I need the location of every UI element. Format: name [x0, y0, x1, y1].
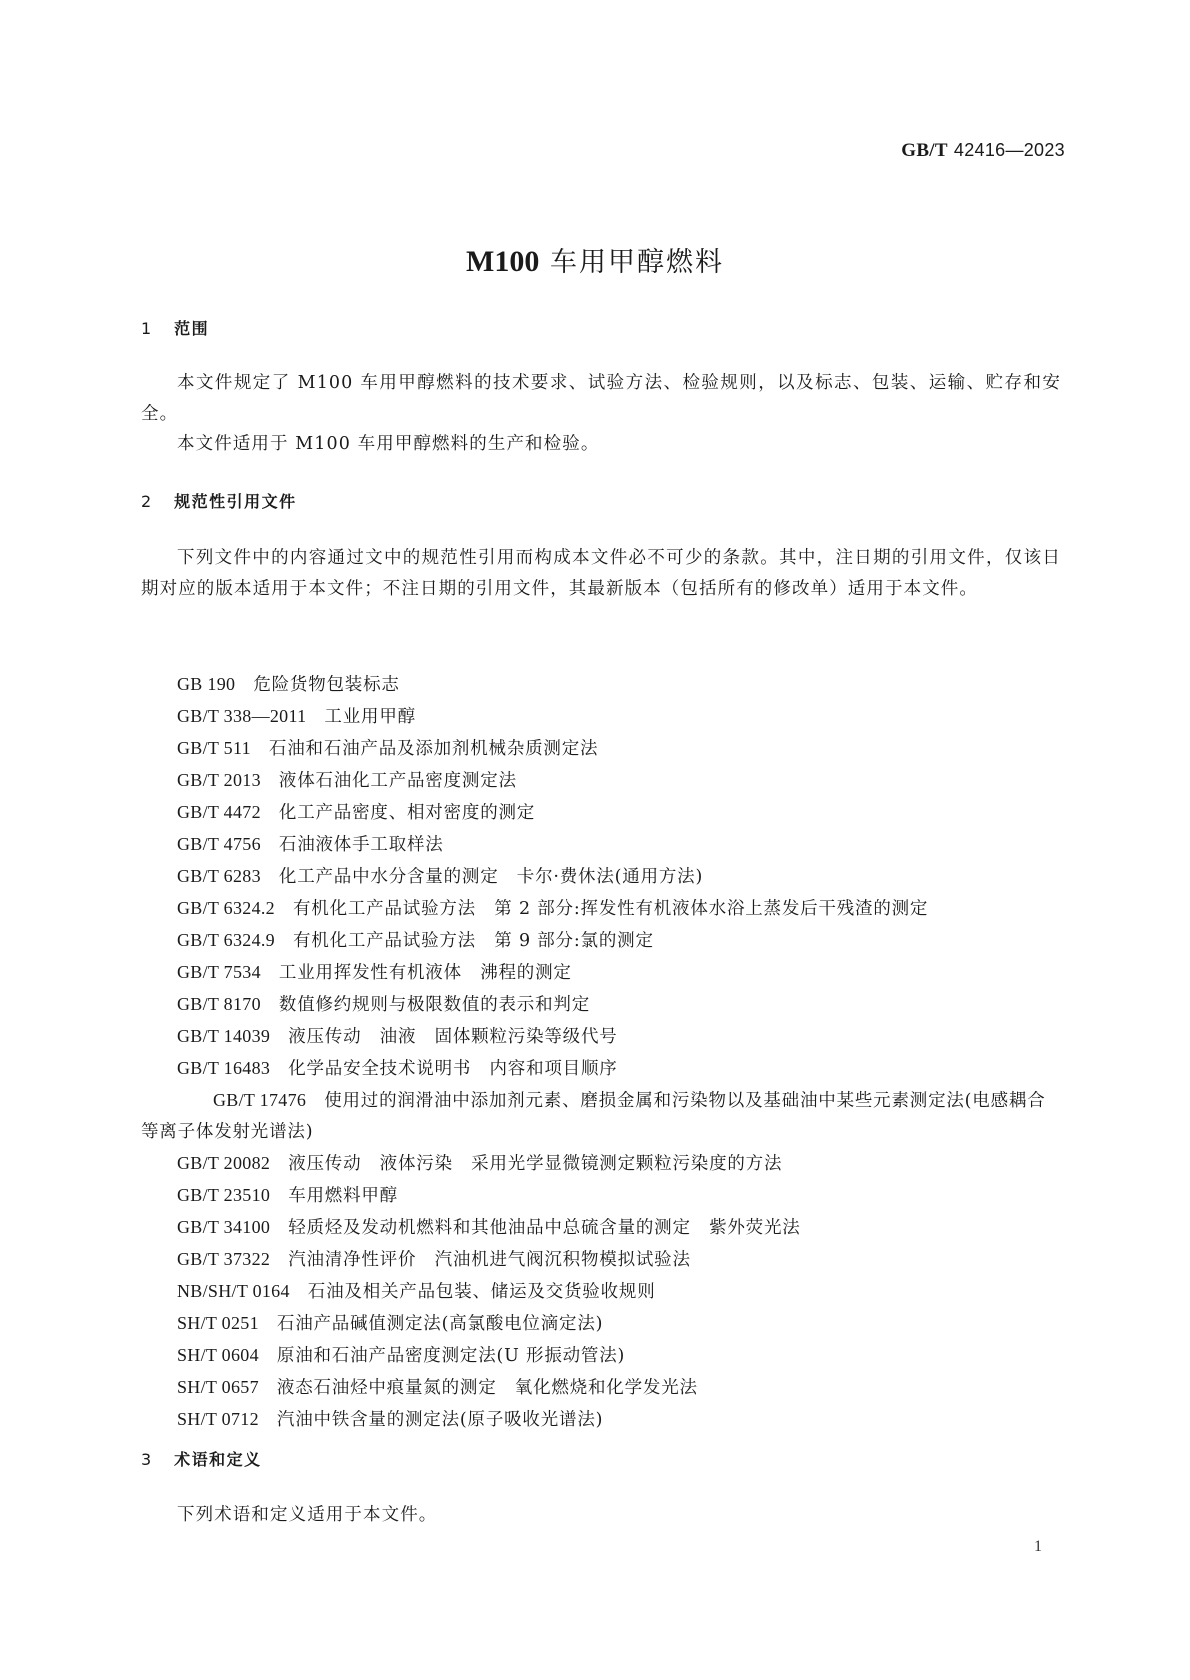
reference-title: 汽油清净性评价 汽油机进气阀沉积物模拟试验法 [288, 1250, 691, 1270]
reference-code: GB/T 23510 [177, 1180, 270, 1211]
reference-item: GB/T 37322汽油清净性评价 汽油机进气阀沉积物模拟试验法 [141, 1244, 1061, 1276]
reference-code: GB/T 34100 [177, 1212, 270, 1243]
reference-code: GB/T 4756 [177, 829, 261, 860]
reference-code: NB/SH/T 0164 [177, 1276, 290, 1307]
reference-item: SH/T 0604原油和石油产品密度测定法(U 形振动管法) [141, 1340, 1061, 1372]
reference-title: 工业用甲醇 [324, 707, 416, 727]
reference-code: GB/T 338—2011 [177, 701, 306, 732]
scope-paragraph-2: 本文件适用于 M100 车用甲醇燃料的生产和检验。 [141, 429, 1061, 460]
reference-item: GB/T 511石油和石油产品及添加剂机械杂质测定法 [141, 733, 1061, 765]
reference-code: GB/T 6283 [177, 861, 261, 892]
section-number: 3 [141, 1450, 167, 1469]
reference-title: 石油和石油产品及添加剂机械杂质测定法 [269, 739, 598, 759]
reference-title: 轻质烃及发动机燃料和其他油品中总硫含量的测定 紫外荧光法 [288, 1218, 800, 1238]
section-heading-normative-references: 2 规范性引用文件 [141, 489, 297, 512]
reference-title: 化工产品密度、相对密度的测定 [279, 803, 535, 823]
reference-item: GB/T 338—2011工业用甲醇 [141, 701, 1061, 733]
reference-item: GB/T 34100轻质烃及发动机燃料和其他油品中总硫含量的测定 紫外荧光法 [141, 1212, 1061, 1244]
standard-prefix: GB/T [901, 140, 948, 161]
reference-title: 液压传动 油液 固体颗粒污染等级代号 [288, 1027, 617, 1047]
title-prefix: M100 [466, 245, 539, 278]
section-number: 2 [141, 492, 167, 511]
reference-title: 车用燃料甲醇 [288, 1186, 398, 1206]
reference-title: 危险货物包装标志 [253, 675, 399, 695]
reference-item: GB 190危险货物包装标志 [141, 669, 1061, 701]
reference-code: GB/T 2013 [177, 765, 261, 796]
reference-code: GB/T 6324.2 [177, 893, 275, 924]
section-number: 1 [141, 319, 167, 338]
reference-title: 化学品安全技术说明书 内容和项目顺序 [288, 1059, 617, 1079]
standard-number: 42416—2023 [954, 140, 1065, 160]
reference-code: GB/T 14039 [177, 1021, 270, 1052]
section-title: 术语和定义 [174, 1450, 262, 1469]
reference-item: GB/T 20082液压传动 液体污染 采用光学显微镜测定颗粒污染度的方法 [141, 1148, 1061, 1180]
reference-item: NB/SH/T 0164石油及相关产品包装、储运及交货验收规则 [141, 1276, 1061, 1308]
reference-code: GB/T 8170 [177, 989, 261, 1020]
title-text: 车用甲醇燃料 [550, 247, 724, 278]
reference-title: 汽油中铁含量的测定法(原子吸收光谱法) [277, 1410, 603, 1430]
section-title: 范围 [174, 319, 209, 338]
reference-code: SH/T 0604 [177, 1340, 259, 1371]
reference-title: 石油液体手工取样法 [279, 835, 444, 855]
reference-title: 石油产品碱值测定法(高氯酸电位滴定法) [277, 1314, 603, 1334]
reference-item: GB/T 23510车用燃料甲醇 [141, 1180, 1061, 1212]
reference-title: 有机化工产品试验方法 第 9 部分:氯的测定 [293, 931, 654, 951]
reference-item: GB/T 7534工业用挥发性有机液体 沸程的测定 [141, 957, 1061, 989]
section-heading-scope: 1 范围 [141, 316, 209, 339]
reference-title: 化工产品中水分含量的测定 卡尔·费休法(通用方法) [279, 867, 703, 887]
reference-code: SH/T 0712 [177, 1404, 259, 1435]
section-title: 规范性引用文件 [174, 492, 297, 511]
reference-item: SH/T 0251石油产品碱值测定法(高氯酸电位滴定法) [141, 1308, 1061, 1340]
normative-references-intro: 下列文件中的内容通过文中的规范性引用而构成本文件必不可少的条款。其中，注日期的引… [141, 543, 1061, 605]
reference-title: 石油及相关产品包装、储运及交货验收规则 [308, 1282, 656, 1302]
reference-code: GB/T 7534 [177, 957, 261, 988]
reference-title: 工业用挥发性有机液体 沸程的测定 [279, 963, 572, 983]
reference-list: GB 190危险货物包装标志 GB/T 338—2011工业用甲醇 GB/T 5… [141, 669, 1061, 1436]
reference-item: GB/T 14039液压传动 油液 固体颗粒污染等级代号 [141, 1021, 1061, 1053]
reference-code: GB/T 511 [177, 733, 251, 764]
reference-code: GB/T 20082 [177, 1148, 270, 1179]
reference-code: GB/T 37322 [177, 1244, 270, 1275]
reference-item: GB/T 2013液体石油化工产品密度测定法 [141, 765, 1061, 797]
reference-title: 液态石油烃中痕量氮的测定 氧化燃烧和化学发光法 [277, 1378, 698, 1398]
page-number: 1 [1034, 1538, 1042, 1556]
reference-item: GB/T 6283化工产品中水分含量的测定 卡尔·费休法(通用方法) [141, 861, 1061, 893]
reference-code: GB/T 16483 [177, 1053, 270, 1084]
reference-title: 数值修约规则与极限数值的表示和判定 [279, 995, 590, 1015]
reference-item: GB/T 17476使用过的润滑油中添加剂元素、磨损金属和污染物以及基础油中某些… [141, 1085, 1061, 1148]
reference-item: GB/T 16483化学品安全技术说明书 内容和项目顺序 [141, 1053, 1061, 1085]
reference-code: GB/T 6324.9 [177, 925, 275, 956]
reference-item: GB/T 6324.2有机化工产品试验方法 第 2 部分:挥发性有机液体水浴上蒸… [141, 893, 1061, 925]
reference-item: GB/T 4756石油液体手工取样法 [141, 829, 1061, 861]
reference-code: GB/T 4472 [177, 797, 261, 828]
scope-paragraph-1: 本文件规定了 M100 车用甲醇燃料的技术要求、试验方法、检验规则，以及标志、包… [141, 368, 1061, 430]
reference-item: GB/T 4472化工产品密度、相对密度的测定 [141, 797, 1061, 829]
reference-code: SH/T 0657 [177, 1372, 259, 1403]
terms-intro-paragraph: 下列术语和定义适用于本文件。 [141, 1500, 1061, 1531]
reference-item: SH/T 0657液态石油烃中痕量氮的测定 氧化燃烧和化学发光法 [141, 1372, 1061, 1404]
reference-title: 有机化工产品试验方法 第 2 部分:挥发性有机液体水浴上蒸发后干残渣的测定 [293, 899, 928, 919]
reference-code: GB/T 17476 [177, 1085, 306, 1116]
document-page: GB/T 42416—2023 M100 车用甲醇燃料 1 范围 本文件规定了 … [0, 0, 1190, 1680]
reference-item: GB/T 6324.9有机化工产品试验方法 第 9 部分:氯的测定 [141, 925, 1061, 957]
reference-code: GB 190 [177, 669, 235, 700]
reference-item: GB/T 8170数值修约规则与极限数值的表示和判定 [141, 989, 1061, 1021]
reference-title: 液压传动 液体污染 采用光学显微镜测定颗粒污染度的方法 [288, 1154, 782, 1174]
section-heading-terms-and-definitions: 3 术语和定义 [141, 1447, 262, 1470]
document-title: M100 车用甲醇燃料 [0, 240, 1190, 279]
standard-code: GB/T 42416—2023 [901, 140, 1065, 162]
reference-code: SH/T 0251 [177, 1308, 259, 1339]
reference-title: 原油和石油产品密度测定法(U 形振动管法) [277, 1346, 625, 1366]
reference-item: SH/T 0712汽油中铁含量的测定法(原子吸收光谱法) [141, 1404, 1061, 1436]
reference-title: 液体石油化工产品密度测定法 [279, 771, 517, 791]
